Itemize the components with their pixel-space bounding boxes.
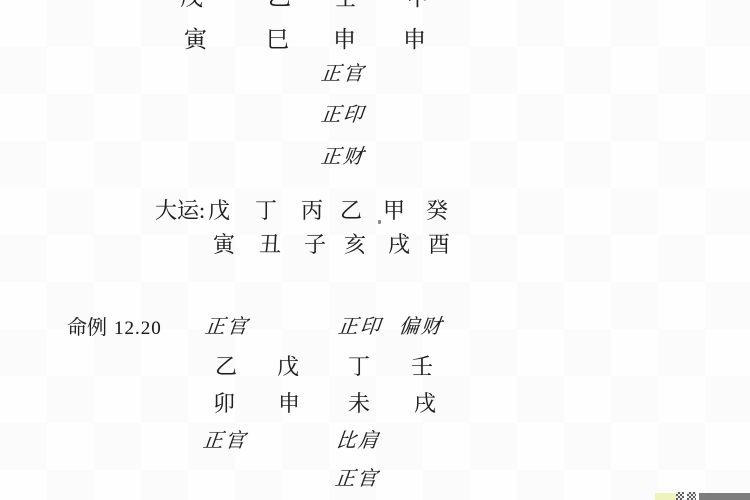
mingli-stem: 壬: [411, 356, 433, 378]
mingli-branch: 未: [348, 393, 370, 415]
pillar-branch: 申: [403, 28, 426, 51]
ten-god-label: 正官: [334, 469, 380, 489]
mingli-branch: 申: [278, 393, 300, 415]
mingli-number: 12.20: [114, 319, 162, 338]
dayun-stem: 丙: [301, 200, 323, 222]
dayun-stem: 丁: [255, 200, 277, 222]
dayun-branch: 亥: [344, 234, 366, 256]
dayun-branch: 子: [304, 234, 326, 256]
ten-god-label: 正财: [320, 147, 366, 167]
dayun-stem: 癸: [426, 200, 448, 222]
mingli-branch: 戌: [414, 393, 436, 415]
scan-speck: [378, 220, 381, 224]
ten-god-label: 偏财: [398, 317, 444, 337]
mingli-stem: 戊: [277, 356, 299, 378]
gray-bar-artifact: [699, 493, 750, 500]
ten-god-label: 正官: [204, 317, 250, 337]
pillar-branch: 巳: [266, 28, 289, 51]
ten-god-label: 正官: [202, 431, 248, 451]
pillar-stem: 戊: [180, 0, 203, 9]
mingli-label: 命例: [67, 318, 107, 338]
pillar-stem: 乙: [268, 0, 291, 9]
yellow-strip-artifact: [655, 493, 677, 500]
dayun-branch: 戌: [388, 234, 410, 256]
ten-god-label: 比肩: [335, 431, 381, 451]
dayun-stem: 戊: [208, 200, 230, 222]
dayun-branch: 丑: [259, 234, 281, 256]
mingli-branch: 卯: [213, 393, 235, 415]
pillar-stem: 壬: [334, 0, 357, 9]
pillar-branch: 申: [333, 28, 356, 51]
dither-mark-1: [676, 492, 684, 500]
dayun-stem: 甲: [383, 200, 405, 222]
mingli-stem: 乙: [215, 356, 237, 378]
dayun-branch: 酉: [428, 234, 450, 256]
mingli-stem: 丁: [348, 356, 370, 378]
ten-god-label: 正官: [320, 64, 366, 84]
dayun-stem: 乙: [340, 200, 362, 222]
scanned-book-page: 戊乙壬甲寅巳申申正官正印正财大运:戊丁丙乙甲癸寅丑子亥戌酉命例12.20正官正印…: [0, 0, 750, 500]
ten-god-label: 正印: [320, 105, 366, 125]
dither-mark-2: [687, 492, 696, 500]
pillar-stem: 甲: [406, 0, 429, 9]
pillar-branch: 寅: [184, 28, 207, 51]
dayun-branch: 寅: [213, 234, 235, 256]
ten-god-label: 正印: [337, 317, 383, 337]
dayun-label: 大运:: [155, 200, 205, 222]
